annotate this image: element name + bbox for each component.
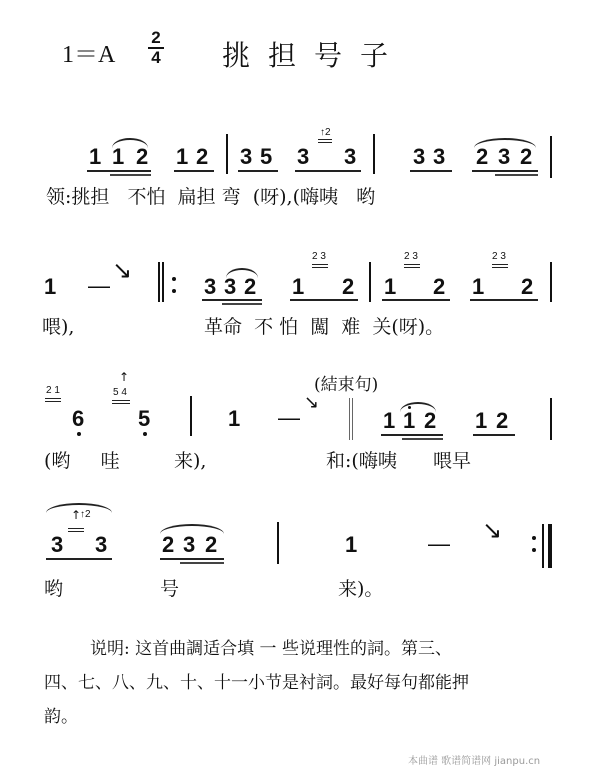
grace-underline [112,403,130,404]
lyrics: 哟 [44,578,63,600]
grace-underline [492,267,508,268]
note: 2 [476,146,488,168]
note: 5 [138,408,150,430]
underline-double [402,438,443,440]
note: 1 [176,146,188,168]
lyrics: 和:(嗨咦 喂早 [326,450,471,472]
note: 3 [498,146,510,168]
grace-underline [404,264,420,265]
note: 1 [228,408,240,430]
note: 1 [345,534,357,556]
lyrics: (哟 哇 来), [44,450,206,472]
grace-underline [318,139,332,140]
note: 6 [72,408,84,430]
note: 3 [240,146,252,168]
dash: — [428,533,450,555]
bar-line [373,134,375,174]
grace-underline [312,264,328,265]
note: 1 [383,410,395,432]
underline-double [180,562,224,564]
low-octave-dot [77,432,81,436]
repeat-dot [532,548,536,552]
note: 3 [297,146,309,168]
note: 2 [136,146,148,168]
note: 1 [44,276,56,298]
low-octave-dot [143,432,147,436]
bar-line [550,398,552,440]
underline [473,434,515,436]
breath-arrow-icon: ↘ [112,256,132,284]
note: 2 [424,410,436,432]
note: 2 [433,276,445,298]
note: 5 [260,146,272,168]
note: 2 [342,276,354,298]
section-bar-dashed [349,398,350,440]
note: 3 [433,146,445,168]
underline [295,170,361,172]
underline [202,299,262,301]
note: 3 [183,534,195,556]
grace-underline [492,264,508,265]
note: 2 [162,534,174,556]
slur [112,138,148,148]
grace-note: 5 4 [113,388,127,398]
slur [226,268,258,278]
note: 3 [204,276,216,298]
underline [46,558,112,560]
note: 2 [205,534,217,556]
note: 2 [520,146,532,168]
note: 3 [344,146,356,168]
underline [174,170,214,172]
underline [470,299,538,301]
breath-arrow-icon: ↘ [482,516,502,544]
bar-line [369,262,371,302]
grace-note: ↑2 [80,510,91,520]
underline [381,434,443,436]
dash: — [88,275,110,297]
note: 3 [95,534,107,556]
time-signature: 2 4 [148,30,164,66]
grace-underline [112,400,130,401]
note: 3 [224,276,236,298]
explanation-line: 四、七、八、九、十、十一小节是衬詞。最好每句都能押 [44,666,574,700]
grace-underline [312,267,328,268]
lyrics: 来)。 [338,578,383,600]
note: 2 [496,410,508,432]
time-denominator: 4 [148,50,164,66]
note: 3 [413,146,425,168]
note: 2 [196,146,208,168]
note: 1 [89,146,101,168]
section-bar-dashed [352,398,353,440]
grace-underline [404,267,420,268]
underline [382,299,450,301]
underline [160,558,224,560]
bar-line [277,522,279,564]
underline [472,170,538,172]
grace-note: 2 3 [312,252,326,262]
time-numerator: 2 [148,30,164,46]
note: 2 [521,276,533,298]
underline-double [110,174,151,176]
grace-underline [318,142,332,143]
repeat-end-thin [542,524,544,568]
note: 1 [112,146,124,168]
bar-line [550,262,552,302]
repeat-start-thin [162,262,164,302]
explanation-text: 说明: 这首曲調适合填 一 些说理性的詞。第三、 四、七、八、九、十、十一小节是… [44,632,574,734]
lyrics: 号 [160,578,179,600]
repeat-start-thin [158,262,160,302]
explanation-line: 韵。 [44,700,574,734]
bar-line [190,396,192,436]
note: 1 [292,276,304,298]
slur [474,138,536,148]
grace-underline [68,528,84,529]
grace-note: ↑2 [320,128,331,138]
lyrics: 喂), [42,316,74,338]
explanation-line: 说明: 这首曲調适合填 一 些说理性的詞。第三、 [44,632,574,666]
end-phrase-annotation: (結束句) [314,374,378,396]
repeat-dot [532,536,536,540]
underline-double [222,303,262,305]
grace-note: 2 3 [492,252,506,262]
repeat-dot [172,289,176,293]
lyrics: 领:挑担 不怕 扁担 弯 (呀),(嗨咦 哟 [46,186,375,208]
key-signature: 1＝A [62,34,115,69]
repeat-end-thick [548,524,552,568]
grace-underline [45,401,61,402]
slur [400,402,436,412]
underline-double [495,174,538,176]
note: 3 [51,534,63,556]
note: 2 [244,276,256,298]
note: 1 [475,410,487,432]
grace-underline [45,398,61,399]
song-title: 挑担号子 [222,34,406,74]
note: 1 [384,276,396,298]
note: 1 [403,410,415,432]
bar-line [226,134,228,174]
underline [410,170,452,172]
repeat-dot [172,277,176,281]
underline [87,170,151,172]
grace-underline [68,531,84,532]
watermark: 本曲谱 歌谱简谱网 jianpu.cn [408,752,540,767]
dash: — [278,407,300,429]
up-arrow-icon: ↑ [119,370,129,384]
bar-line [550,136,552,178]
underline [238,170,278,172]
lyrics: 革命 不 怕 闖 难 关(呀)。 [204,316,444,338]
underline [290,299,358,301]
grace-note: 2 1 [46,386,60,396]
grace-note: 2 3 [404,252,418,262]
note: 1 [472,276,484,298]
